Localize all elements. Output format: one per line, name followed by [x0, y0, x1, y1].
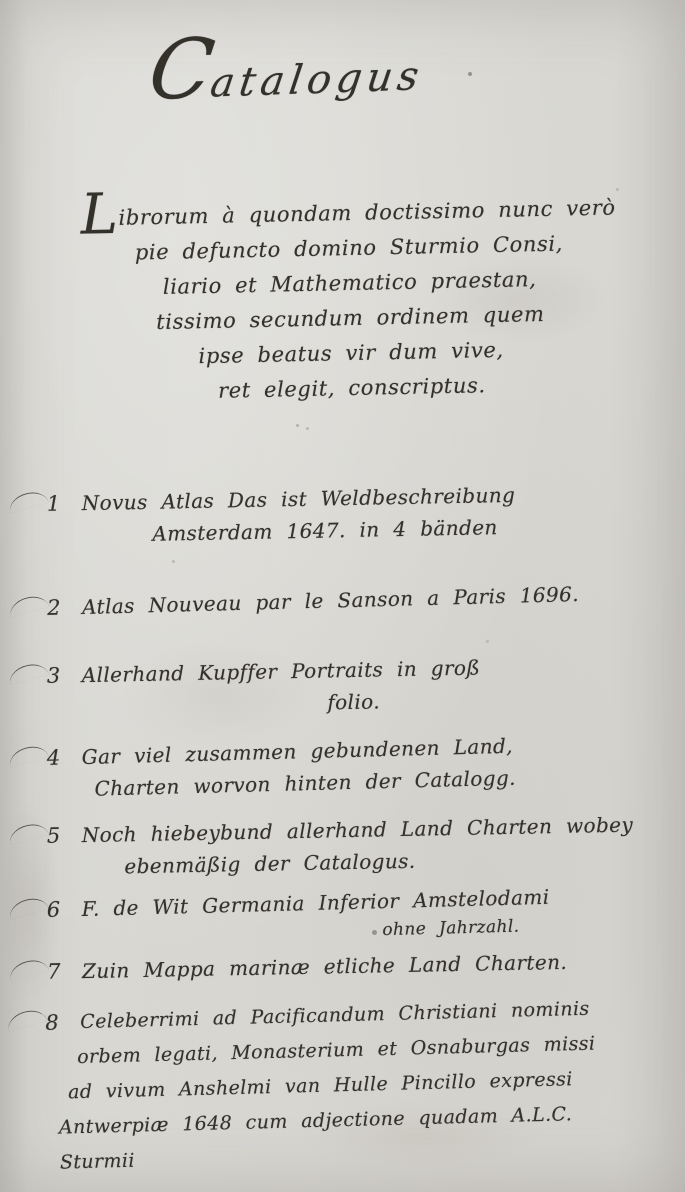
item-text: F. de Wit Germania Inferior Amstelodami … — [81, 878, 657, 951]
manuscript-page: Catalogus Librorum à quondam doctissimo … — [0, 0, 685, 1192]
catalog-item: 8 Celeberrimi ad Pacificandum Christiani… — [40, 990, 659, 1181]
item-number: 2 — [42, 591, 67, 624]
catalog-item: 1 Novus Atlas Das ist Weldbeschreibung A… — [41, 476, 657, 552]
page-title: Catalogus — [145, 53, 427, 109]
item-number: 6 — [41, 893, 67, 952]
catalog-item: 2 Atlas Nouveau par le Sanson a Paris 16… — [42, 576, 658, 624]
item-number: 7 — [42, 955, 67, 987]
item-number: 3 — [41, 659, 66, 723]
item-number: 8 — [40, 1005, 69, 1181]
ink-speck — [306, 427, 309, 430]
catalog-item: 6 F. de Wit Germania Inferior Amstelodam… — [41, 878, 657, 952]
item-text: Allerhand Kupffer Portraits in groß foli… — [81, 648, 657, 723]
item-text: Zuin Mappa marinæ etliche Land Charten. — [82, 944, 658, 987]
item-number: 5 — [41, 819, 66, 883]
catalog-item: 3 Allerhand Kupffer Portraits in groß fo… — [41, 648, 657, 724]
intro-paragraph: Librorum à quondam doctissimo nunc verò … — [68, 190, 632, 412]
item-number: 1 — [41, 487, 66, 551]
item-line: Antwerpiæ 1648 cum adjectione quadam A.L… — [59, 1095, 660, 1181]
item-text: Gar viel zusammen gebundenen Land, Chart… — [81, 726, 657, 805]
catalog-item: 5 Noch hiebeybund allerhand Land Charten… — [41, 808, 657, 884]
ink-speck — [296, 424, 299, 427]
item-line: Zuin Mappa marinæ etliche Land Charten. — [82, 944, 658, 987]
item-line: Atlas Nouveau par le Sanson a Paris 1696… — [82, 576, 658, 623]
item-line: folio. — [327, 680, 658, 718]
item-text: Noch hiebeybund allerhand Land Charten w… — [81, 808, 657, 883]
catalog-item: 7 Zuin Mappa marinæ etliche Land Charten… — [42, 944, 658, 988]
item-number: 4 — [41, 741, 67, 806]
item-text: Novus Atlas Das ist Weldbeschreibung Ams… — [81, 476, 657, 551]
catalog-item: 4 Gar viel zusammen gebundenen Land, Cha… — [41, 726, 657, 806]
item-text: Atlas Nouveau par le Sanson a Paris 1696… — [82, 576, 658, 623]
ink-speck — [468, 72, 472, 76]
item-text: Celeberrimi ad Pacificandum Christiani n… — [80, 990, 659, 1180]
catalog-list: 1 Novus Atlas Das ist Weldbeschreibung A… — [42, 470, 657, 1173]
